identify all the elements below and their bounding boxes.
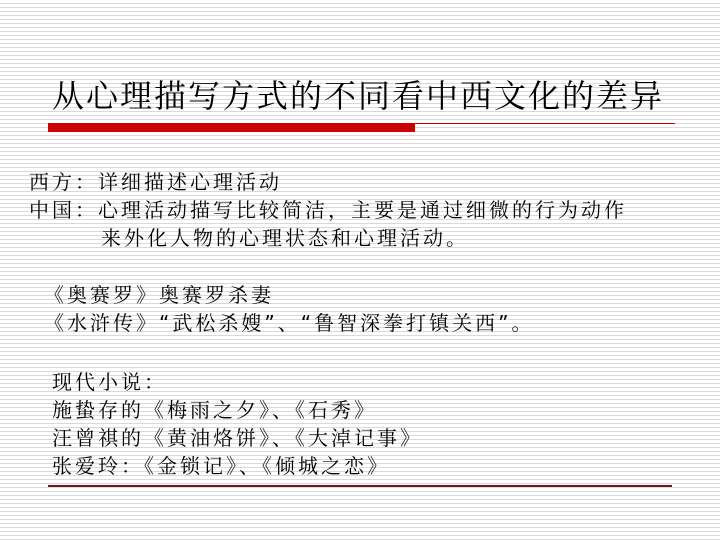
bottom-rule (48, 485, 672, 487)
west-description: 西方：详细描述心理活动 (29, 168, 627, 196)
modern-fiction-heading: 现代小说： (52, 368, 423, 396)
zhang-ailing-works: 张爱玲：《金锁记》、《倾城之恋》 (52, 452, 423, 480)
othello-example: 《奥赛罗》奥赛罗杀妻 (44, 281, 534, 309)
classic-works-examples: 《奥赛罗》奥赛罗杀妻 《水浒传》“武松杀嫂”、“鲁智深拳打镇关西”。 (44, 281, 534, 337)
china-description-continued: 来外化人物的心理状态和心理活动。 (29, 224, 627, 252)
shi-zhecun-works: 施蛰存的《梅雨之夕》、《石秀》 (52, 396, 423, 424)
east-west-comparison: 西方：详细描述心理活动 中国：心理活动描写比较简洁，主要是通过细微的行为动作 来… (29, 168, 627, 252)
water-margin-example: 《水浒传》“武松杀嫂”、“鲁智深拳打镇关西”。 (44, 309, 534, 337)
title-accent-bar (48, 123, 415, 132)
slide-title: 从心理描写方式的不同看中西文化的差异 (52, 76, 664, 116)
china-description: 中国：心理活动描写比较简洁，主要是通过细微的行为动作 (29, 196, 627, 224)
modern-fiction-examples: 现代小说： 施蛰存的《梅雨之夕》、《石秀》 汪曾祺的《黄油烙饼》、《大淖记事》 … (52, 368, 423, 480)
wang-zengqi-works: 汪曾祺的《黄油烙饼》、《大淖记事》 (52, 424, 423, 452)
